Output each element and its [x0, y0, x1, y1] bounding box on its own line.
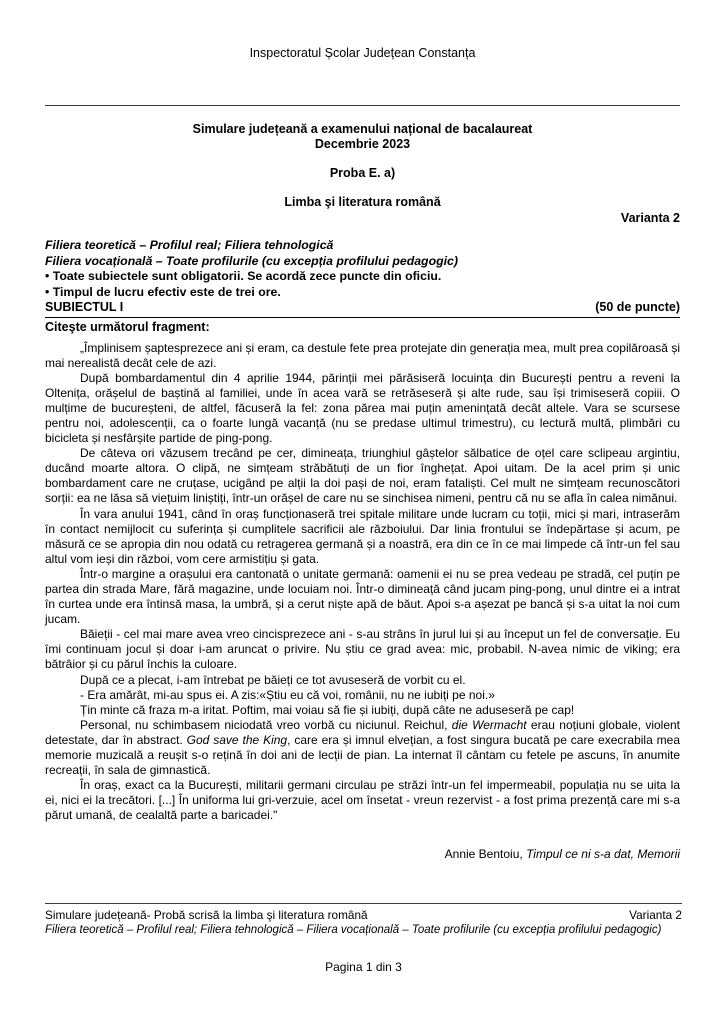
header-divider [45, 105, 680, 106]
filiera-line-2: Filiera vocațională – Toate profilurile … [45, 254, 680, 270]
page-number: Pagina 1 din 3 [45, 960, 682, 975]
attribution-work: Timpul ce ni s-a dat, Memorii [526, 847, 680, 861]
fragment-paragraph: În vara anului 1941, când în oraș funcți… [45, 507, 680, 567]
attribution-author: Annie Bentoiu, [445, 847, 526, 861]
title-block: Simulare județeană a examenului național… [45, 122, 680, 210]
fragment-paragraph: Personal, nu schimbasem niciodată vreo v… [45, 718, 680, 778]
fragment-paragraph: Țin minte că fraza m-a iritat. Poftim, m… [45, 703, 680, 718]
fragment-paragraph: Băieții - cel mai mare avea vreo cincisp… [45, 627, 680, 672]
page-footer: Simulare județeană- Probă scrisă la limb… [45, 903, 682, 975]
footer-row: Simulare județeană- Probă scrisă la limb… [45, 908, 682, 923]
fragment-text: „Împlinisem șaptesprezece ani și eram, c… [45, 341, 680, 824]
exam-title-line1: Simulare județeană a examenului național… [45, 122, 680, 137]
fragment-paragraph: După bombardamentul din 4 aprilie 1944, … [45, 371, 680, 446]
exam-subject-name: Limba şi literatura română [45, 195, 680, 210]
subject-label: SUBIECTUL I [45, 300, 123, 316]
variant-label: Varianta 2 [45, 210, 680, 226]
notice-block: Filiera teoretică – Profilul real; Filie… [45, 238, 680, 300]
footer-variant-label: Varianta 2 [629, 908, 682, 923]
subject-header-row: SUBIECTUL I (50 de puncte) [45, 300, 680, 318]
bullet-item-1: • Toate subiectele sunt obligatorii. Se … [45, 269, 680, 285]
attribution: Annie Bentoiu, Timpul ce ni s-a dat, Mem… [45, 847, 680, 862]
filiera-line-1: Filiera teoretică – Profilul real; Filie… [45, 238, 680, 254]
fragment-paragraph: - Era amărât, mi-au spus ei. A zis:«Știu… [45, 688, 680, 703]
fragment-instruction: Citeşte următorul fragment: [45, 318, 680, 335]
page-content: Inspectoratul Școlar Județean Constanța … [45, 0, 680, 862]
exam-title-line2: Decembrie 2023 [45, 137, 680, 152]
footer-filiera-line: Filiera teoretică – Profilul real; Filie… [45, 923, 682, 938]
footer-divider [45, 903, 682, 904]
fragment-paragraph: După ce a plecat, i-am întrebat pe băieț… [45, 673, 680, 688]
fragment-paragraph: Într-o margine a orașului era cantonată … [45, 567, 680, 627]
fragment-paragraph: În oraș, exact ca la București, militari… [45, 778, 680, 823]
document-page: Inspectoratul Școlar Județean Constanța … [0, 0, 724, 1024]
bullet-item-2: • Timpul de lucru efectiv este de trei o… [45, 285, 680, 301]
subject-points: (50 de puncte) [595, 300, 680, 316]
exam-proba: Proba E. a) [45, 166, 680, 181]
fragment-paragraph: De câteva ori văzusem trecând pe cer, di… [45, 446, 680, 506]
fragment-paragraph: „Împlinisem șaptesprezece ani și eram, c… [45, 341, 680, 371]
footer-exam-label: Simulare județeană- Probă scrisă la limb… [45, 908, 368, 923]
header-institution: Inspectoratul Școlar Județean Constanța [45, 0, 680, 61]
